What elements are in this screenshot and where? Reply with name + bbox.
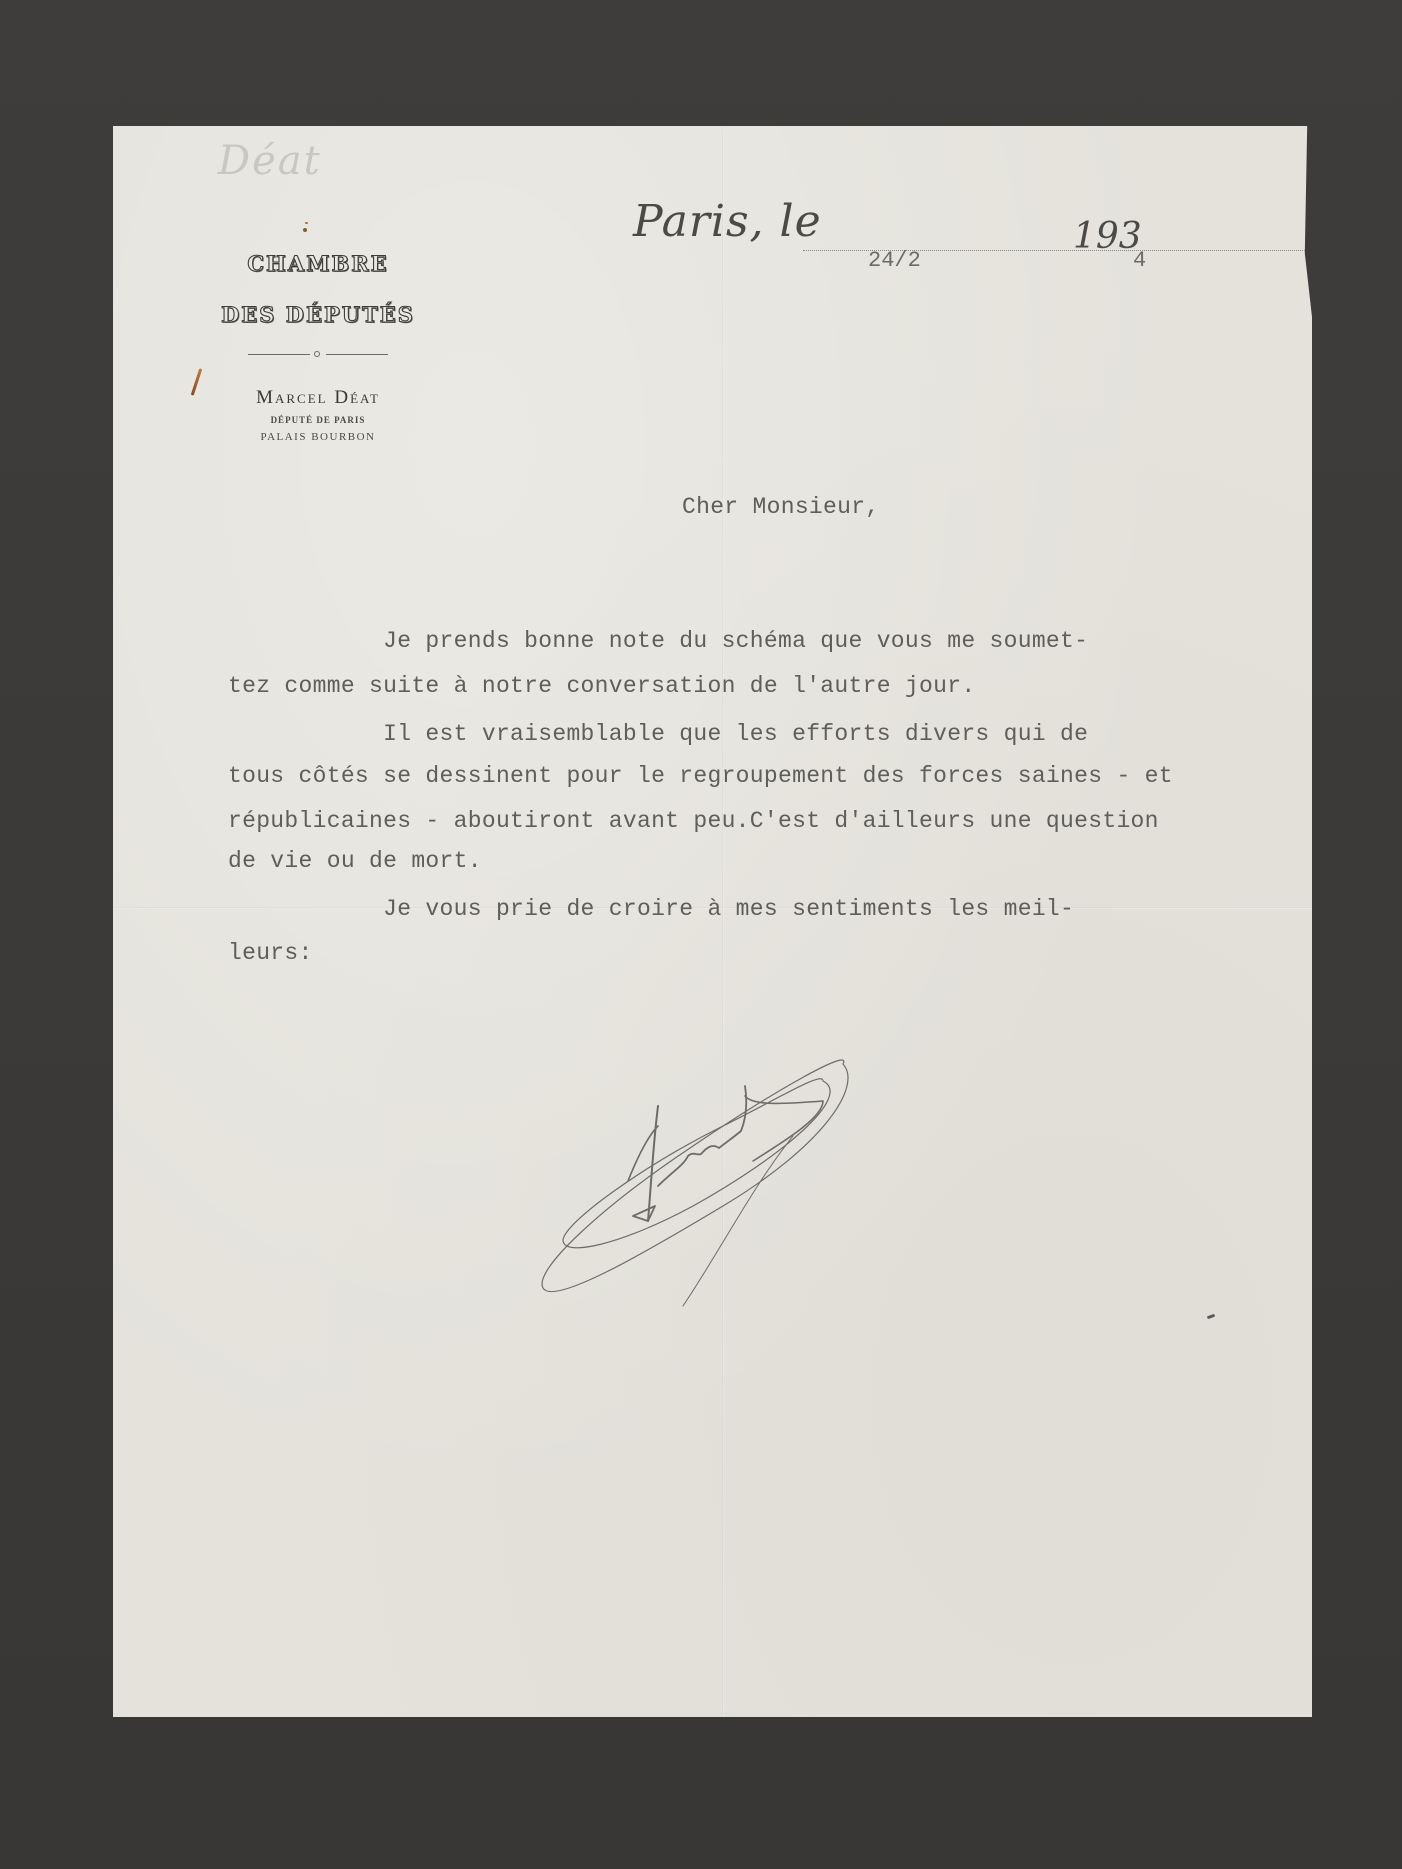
letterhead: CHAMBRE DES DÉPUTÉS Marcel Déat DÉPUTÉ D…	[173, 251, 463, 443]
small-ink-mark	[1207, 1314, 1216, 1320]
salutation: Cher Monsieur,	[682, 494, 879, 520]
body-line: Il est vraisemblable que les efforts div…	[228, 721, 1088, 747]
dateline: Paris, le 24/2 193 4	[633, 196, 1353, 276]
dateline-date: 24/2	[868, 248, 921, 273]
dateline-place: Paris, le	[633, 196, 822, 247]
dateline-year-suffix: 4	[1133, 248, 1146, 273]
body-line: tous côtés se dessinent pour le regroupe…	[228, 763, 1173, 789]
dateline-year-prefix: 193	[1073, 216, 1142, 257]
letter-sheet: Déat CHAMBRE DES DÉPUTÉS Marcel Déat DÉP…	[113, 126, 1312, 1717]
divider-dot-icon	[314, 351, 320, 357]
ink-spot	[305, 222, 308, 224]
signature-icon	[523, 1026, 863, 1326]
ink-spot	[303, 228, 307, 232]
pencil-annotation: Déat	[218, 138, 322, 184]
body-line: républicaines - aboutiront avant peu.C'e…	[228, 808, 1159, 834]
body-line: Je prends bonne note du schéma que vous …	[228, 628, 1088, 654]
letterhead-title-line1: CHAMBRE	[173, 251, 463, 276]
body-line: leurs:	[228, 940, 313, 966]
letterhead-subtitle-1: DÉPUTÉ DE PARIS	[173, 415, 463, 425]
ornamental-divider	[248, 349, 388, 359]
body-line: de vie ou de mort.	[228, 848, 482, 874]
body-line: Je vous prie de croire à mes sentiments …	[228, 896, 1074, 922]
body-line: tez comme suite à notre conversation de …	[228, 673, 975, 699]
letterhead-name: Marcel Déat	[173, 387, 463, 409]
letterhead-title-line2: DES DÉPUTÉS	[173, 302, 463, 327]
letterhead-subtitle-2: PALAIS BOURBON	[173, 431, 463, 443]
